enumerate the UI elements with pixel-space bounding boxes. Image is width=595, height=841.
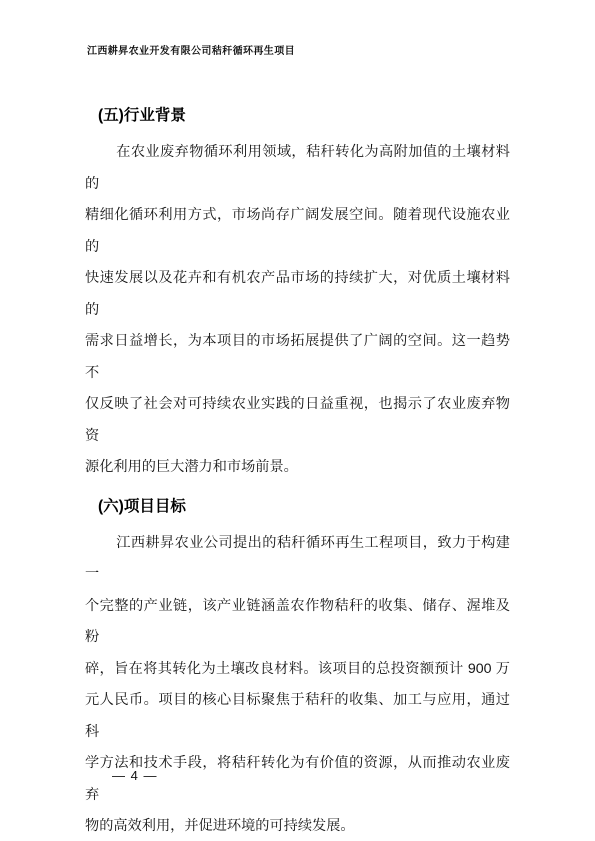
paragraph-line: 源化利用的巨大潜力和市场前景。: [85, 452, 510, 484]
paragraph-line: 精细化循环利用方式，市场尚存广阔发展空间。随着现代设施农业的: [85, 200, 510, 263]
paragraph-line: 在农业废弃物循环利用领域，秸秆转化为高附加值的土壤材料的: [85, 137, 510, 200]
page-header-title: 江西耕昇农业开发有限公司秸秆循环再生项目: [87, 42, 295, 57]
paragraph-line: 个完整的产业链，该产业链涵盖农作物秸秆的收集、储存、渥堆及粉: [85, 591, 510, 654]
paragraph-line: 江西耕昇农业公司提出的秸秆循环再生工程项目，致力于构建一: [85, 528, 510, 591]
section-heading-industry-background: (五)行业背景: [85, 100, 510, 132]
paragraph-line: 碎，旨在将其转化为土壤改良材料。该项目的总投资额预计 900 万: [85, 654, 510, 686]
section-heading-project-goals: (六)项目目标: [85, 491, 510, 523]
paragraph-line: 快速发展以及花卉和有机农产品市场的持续扩大，对优质土壤材料的: [85, 263, 510, 326]
paragraph-line: 需求日益增长，为本项目的市场拓展提供了广阔的空间。这一趋势不: [85, 326, 510, 389]
document-page: 江西耕昇农业开发有限公司秸秆循环再生项目 (五)行业背景 在农业废弃物循环利用领…: [0, 0, 595, 841]
paragraph-line: 元人民币。项目的核心目标聚焦于秸秆的收集、加工与应用，通过科: [85, 685, 510, 748]
paragraph-industry-background: 在农业废弃物循环利用领域，秸秆转化为高附加值的土壤材料的 精细化循环利用方式，市…: [85, 137, 510, 484]
paragraph-line: 仅反映了社会对可持续农业实践的日益重视，也揭示了农业废弃物资: [85, 389, 510, 452]
paragraph-line: 物的高效利用，并促进环境的可持续发展。: [85, 811, 510, 841]
paragraph-project-goals: 江西耕昇农业公司提出的秸秆循环再生工程项目，致力于构建一 个完整的产业链，该产业…: [85, 528, 510, 841]
page-number-footer: — 4 —: [112, 768, 157, 783]
document-body: (五)行业背景 在农业废弃物循环利用领域，秸秆转化为高附加值的土壤材料的 精细化…: [85, 100, 510, 841]
